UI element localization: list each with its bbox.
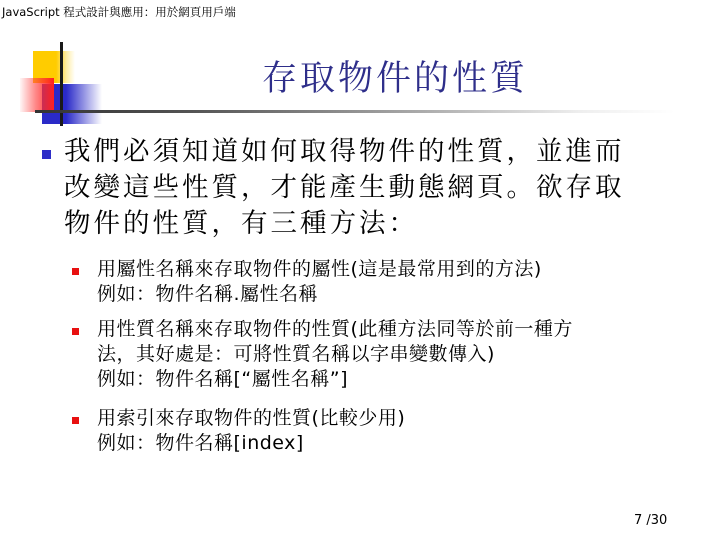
main-bullet-line: 我們必須知道如何取得物件的性質，並進而 <box>64 134 684 170</box>
main-bullet-icon <box>42 150 51 159</box>
sub-bullet-item: 用性質名稱來存取物件的性質(此種方法同等於前一種方 法，其好處是：可將性質名稱以… <box>97 317 697 392</box>
main-bullet-line: 改變這些性質，才能產生動態網頁。欲存取 <box>64 170 684 206</box>
sub-bullet-line: 法，其好處是：可將性質名稱以字串變數傳入) <box>97 342 697 367</box>
main-bullet-text: 我們必須知道如何取得物件的性質，並進而 改變這些性質，才能產生動態網頁。欲存取 … <box>64 134 684 242</box>
sub-bullet-item: 用屬性名稱來存取物件的屬性(這是最常用到的方法) 例如：物件名稱.屬性名稱 <box>97 257 697 307</box>
slide-title: 存取物件的性質 <box>0 51 720 101</box>
title-divider-line <box>35 110 675 113</box>
sub-bullet-icon <box>72 328 79 335</box>
sub-bullet-line: 例如：物件名稱[“屬性名稱”] <box>97 367 697 392</box>
page-number: 7 /30 <box>634 513 667 528</box>
sub-bullet-line: 用索引來存取物件的性質(比較少用) <box>97 406 697 431</box>
sub-bullet-line: 例如：物件名稱[index] <box>97 431 697 456</box>
sub-bullet-line: 例如：物件名稱.屬性名稱 <box>97 282 697 307</box>
sub-bullet-line: 用屬性名稱來存取物件的屬性(這是最常用到的方法) <box>97 257 697 282</box>
sub-bullet-icon <box>72 417 79 424</box>
sub-bullet-icon <box>72 268 79 275</box>
main-bullet-line: 物件的性質，有三種方法： <box>64 206 684 242</box>
sub-bullet-item: 用索引來存取物件的性質(比較少用) 例如：物件名稱[index] <box>97 406 697 456</box>
sub-bullet-line: 用性質名稱來存取物件的性質(此種方法同等於前一種方 <box>97 317 697 342</box>
